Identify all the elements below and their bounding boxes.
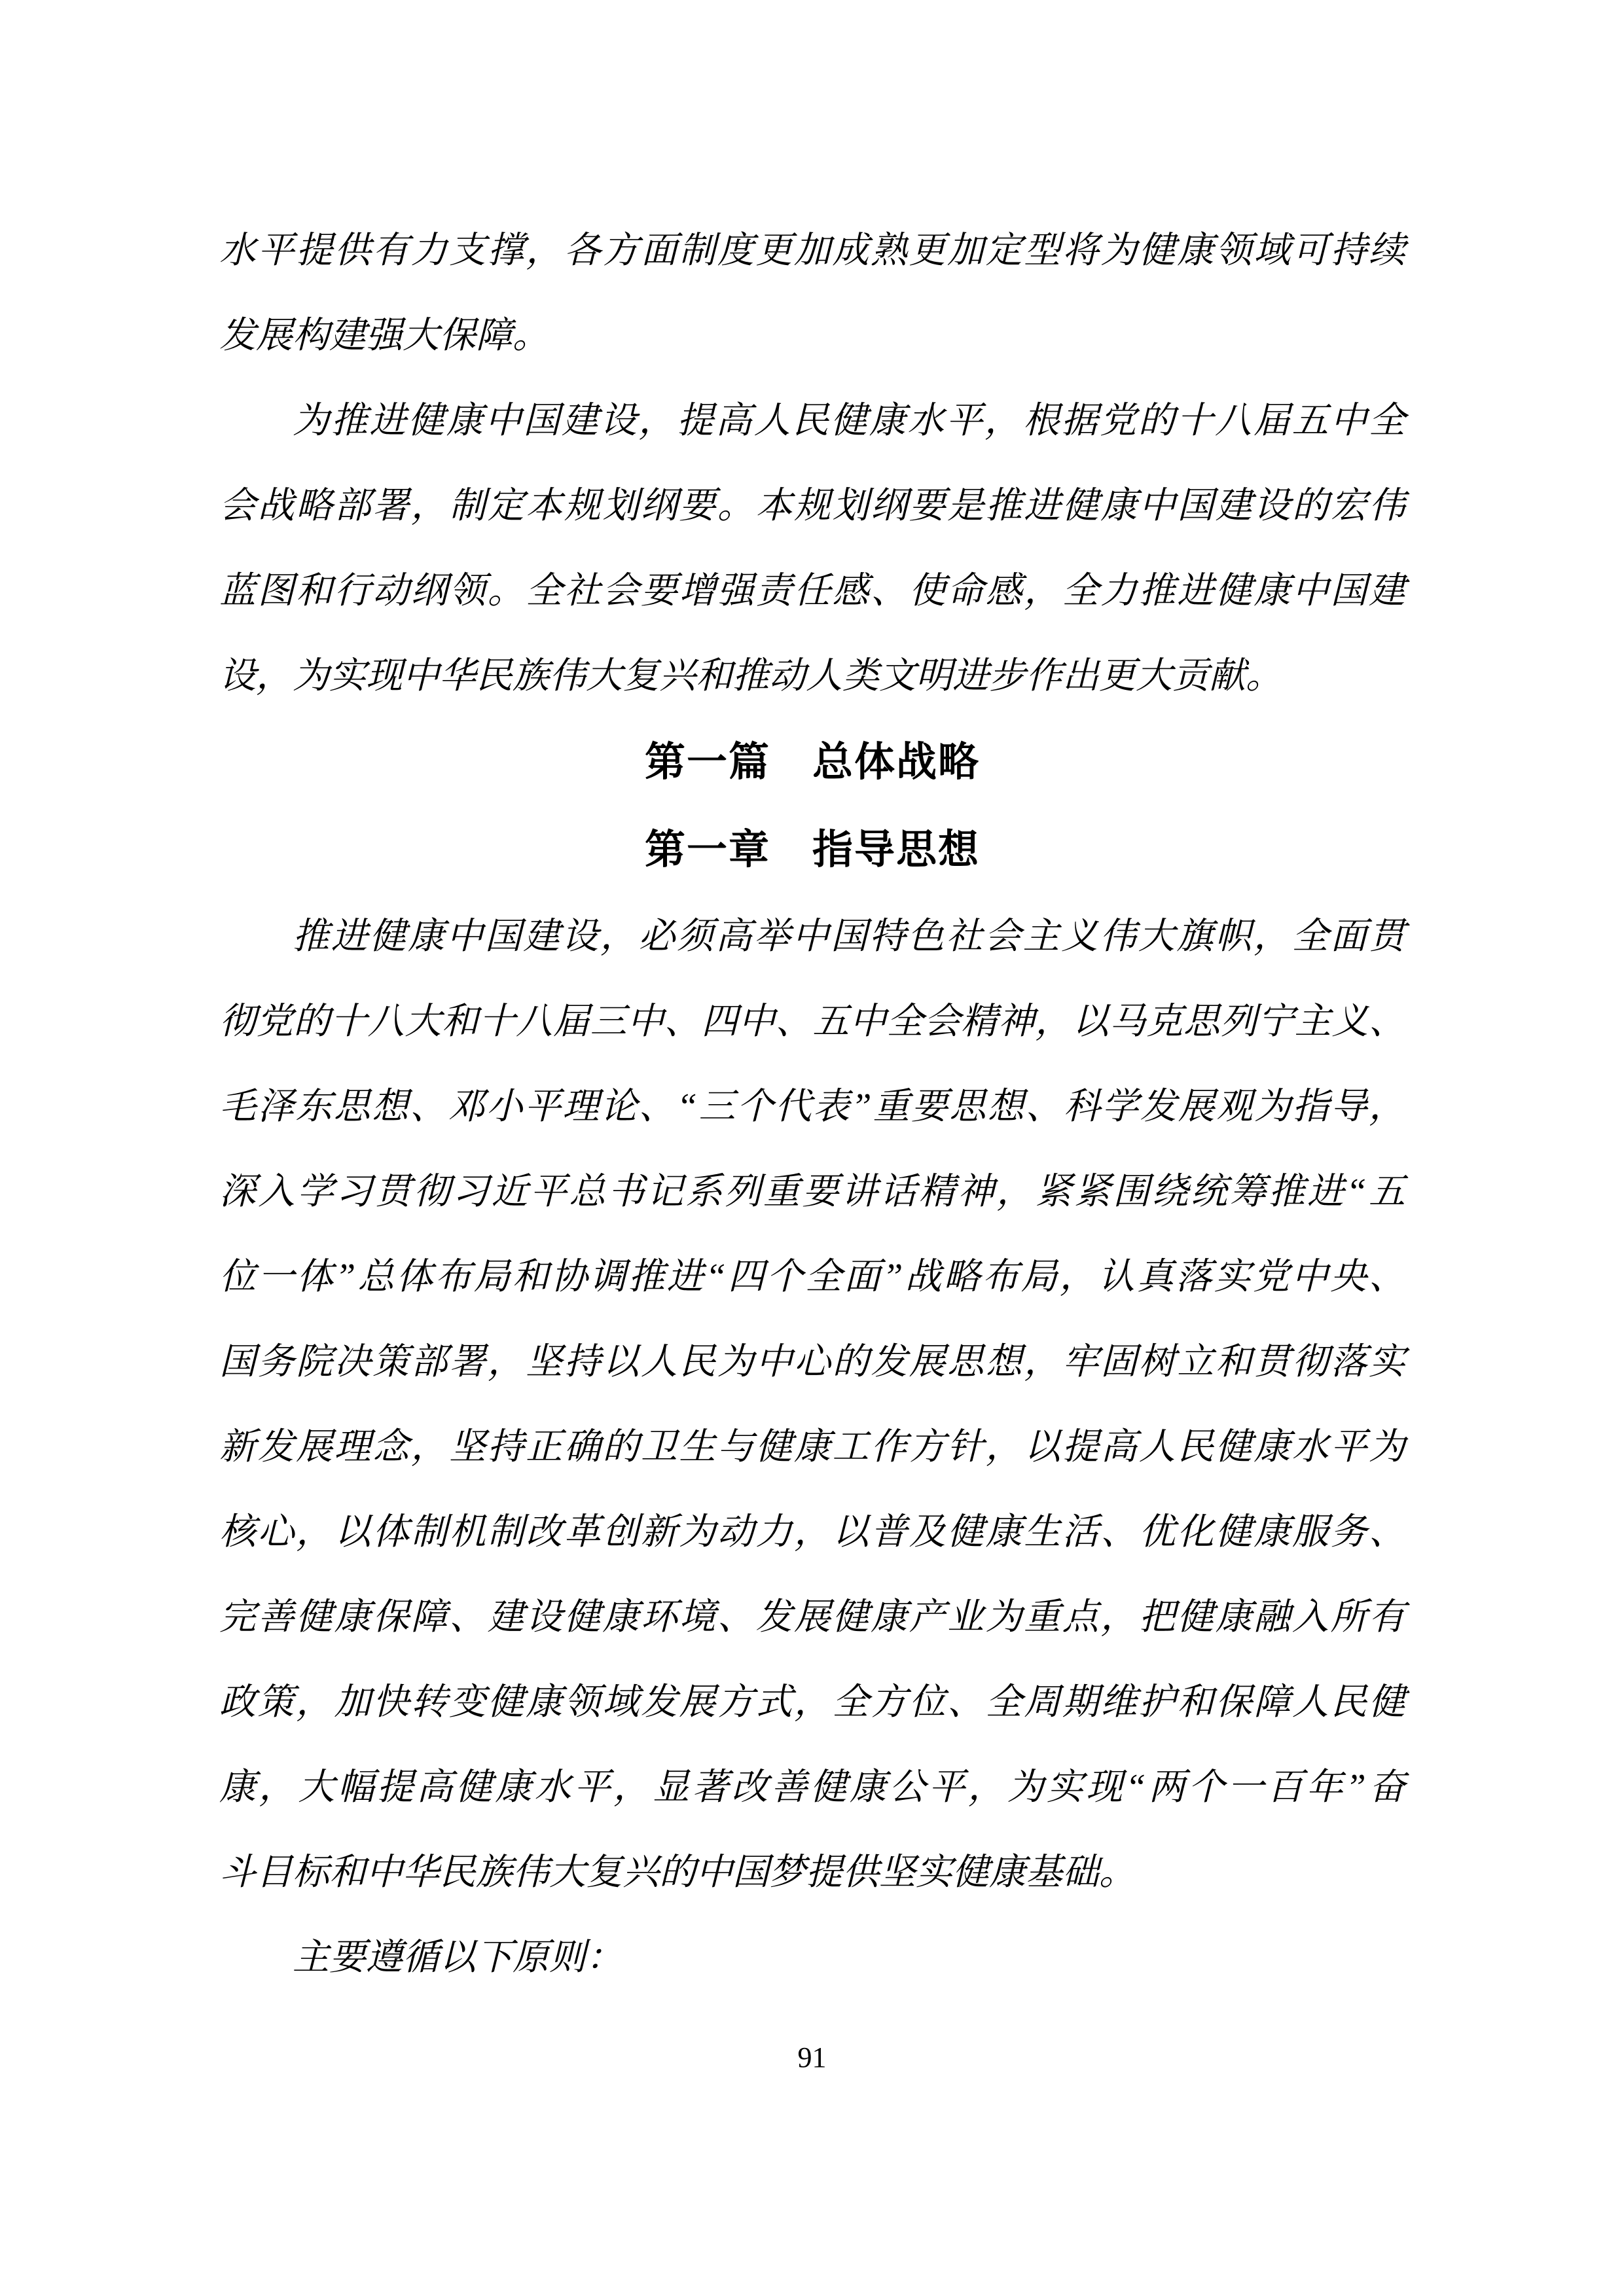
part-heading: 第一篇 总体战略: [219, 719, 1405, 806]
body-line: 会战略部署，制定本规划纲要。本规划纲要是推进健康中国建设的宏伟: [219, 463, 1405, 548]
body-line: 核心，以体制机制改革创新为动力，以普及健康生活、优化健康服务、: [219, 1490, 1405, 1575]
page-number: 91: [0, 2041, 1624, 2074]
body-line: 发展构建强大保障。: [219, 293, 1405, 378]
body-line: 彻党的十八大和十八届三中、四中、五中全会精神，以马克思列宁主义、: [219, 979, 1405, 1064]
body-line: 位一体”总体布局和协调推进“四个全面”战略布局，认真落实党中央、: [219, 1234, 1405, 1319]
chapter-heading: 第一章 指导思想: [219, 806, 1405, 894]
body-line: 政策，加快转变健康领域发展方式，全方位、全周期维护和保障人民健: [219, 1660, 1405, 1745]
body-line: 完善健康保障、建设健康环境、发展健康产业为重点，把健康融入所有: [219, 1575, 1405, 1660]
document-page: 水平提供有力支撑，各方面制度更加成熟更加定型将为健康领域可持续 发展构建强大保障…: [0, 0, 1624, 2296]
page-content: 水平提供有力支撑，各方面制度更加成熟更加定型将为健康领域可持续 发展构建强大保障…: [219, 208, 1405, 2000]
body-line: 深入学习贯彻习近平总书记系列重要讲话精神，紧紧围绕统筹推进“五: [219, 1149, 1405, 1234]
body-line: 主要遵循以下原则：: [219, 1915, 1405, 2000]
body-line: 蓝图和行动纲领。全社会要增强责任感、使命感，全力推进健康中国建: [219, 548, 1405, 634]
body-line: 设，为实现中华民族伟大复兴和推动人类文明进步作出更大贡献。: [219, 634, 1405, 719]
body-line: 国务院决策部署，坚持以人民为中心的发展思想，牢固树立和贯彻落实: [219, 1319, 1405, 1405]
body-line: 斗目标和中华民族伟大复兴的中国梦提供坚实健康基础。: [219, 1830, 1405, 1915]
body-line: 毛泽东思想、邓小平理论、“三个代表”重要思想、科学发展观为指导，: [219, 1064, 1405, 1149]
body-line: 为推进健康中国建设，提高人民健康水平，根据党的十八届五中全: [219, 378, 1405, 463]
body-line: 推进健康中国建设，必须高举中国特色社会主义伟大旗帜，全面贯: [219, 894, 1405, 979]
body-line: 水平提供有力支撑，各方面制度更加成熟更加定型将为健康领域可持续: [219, 208, 1405, 293]
body-line: 新发展理念，坚持正确的卫生与健康工作方针，以提高人民健康水平为: [219, 1405, 1405, 1490]
body-line: 康，大幅提高健康水平，显著改善健康公平，为实现“两个一百年”奋: [219, 1745, 1405, 1830]
